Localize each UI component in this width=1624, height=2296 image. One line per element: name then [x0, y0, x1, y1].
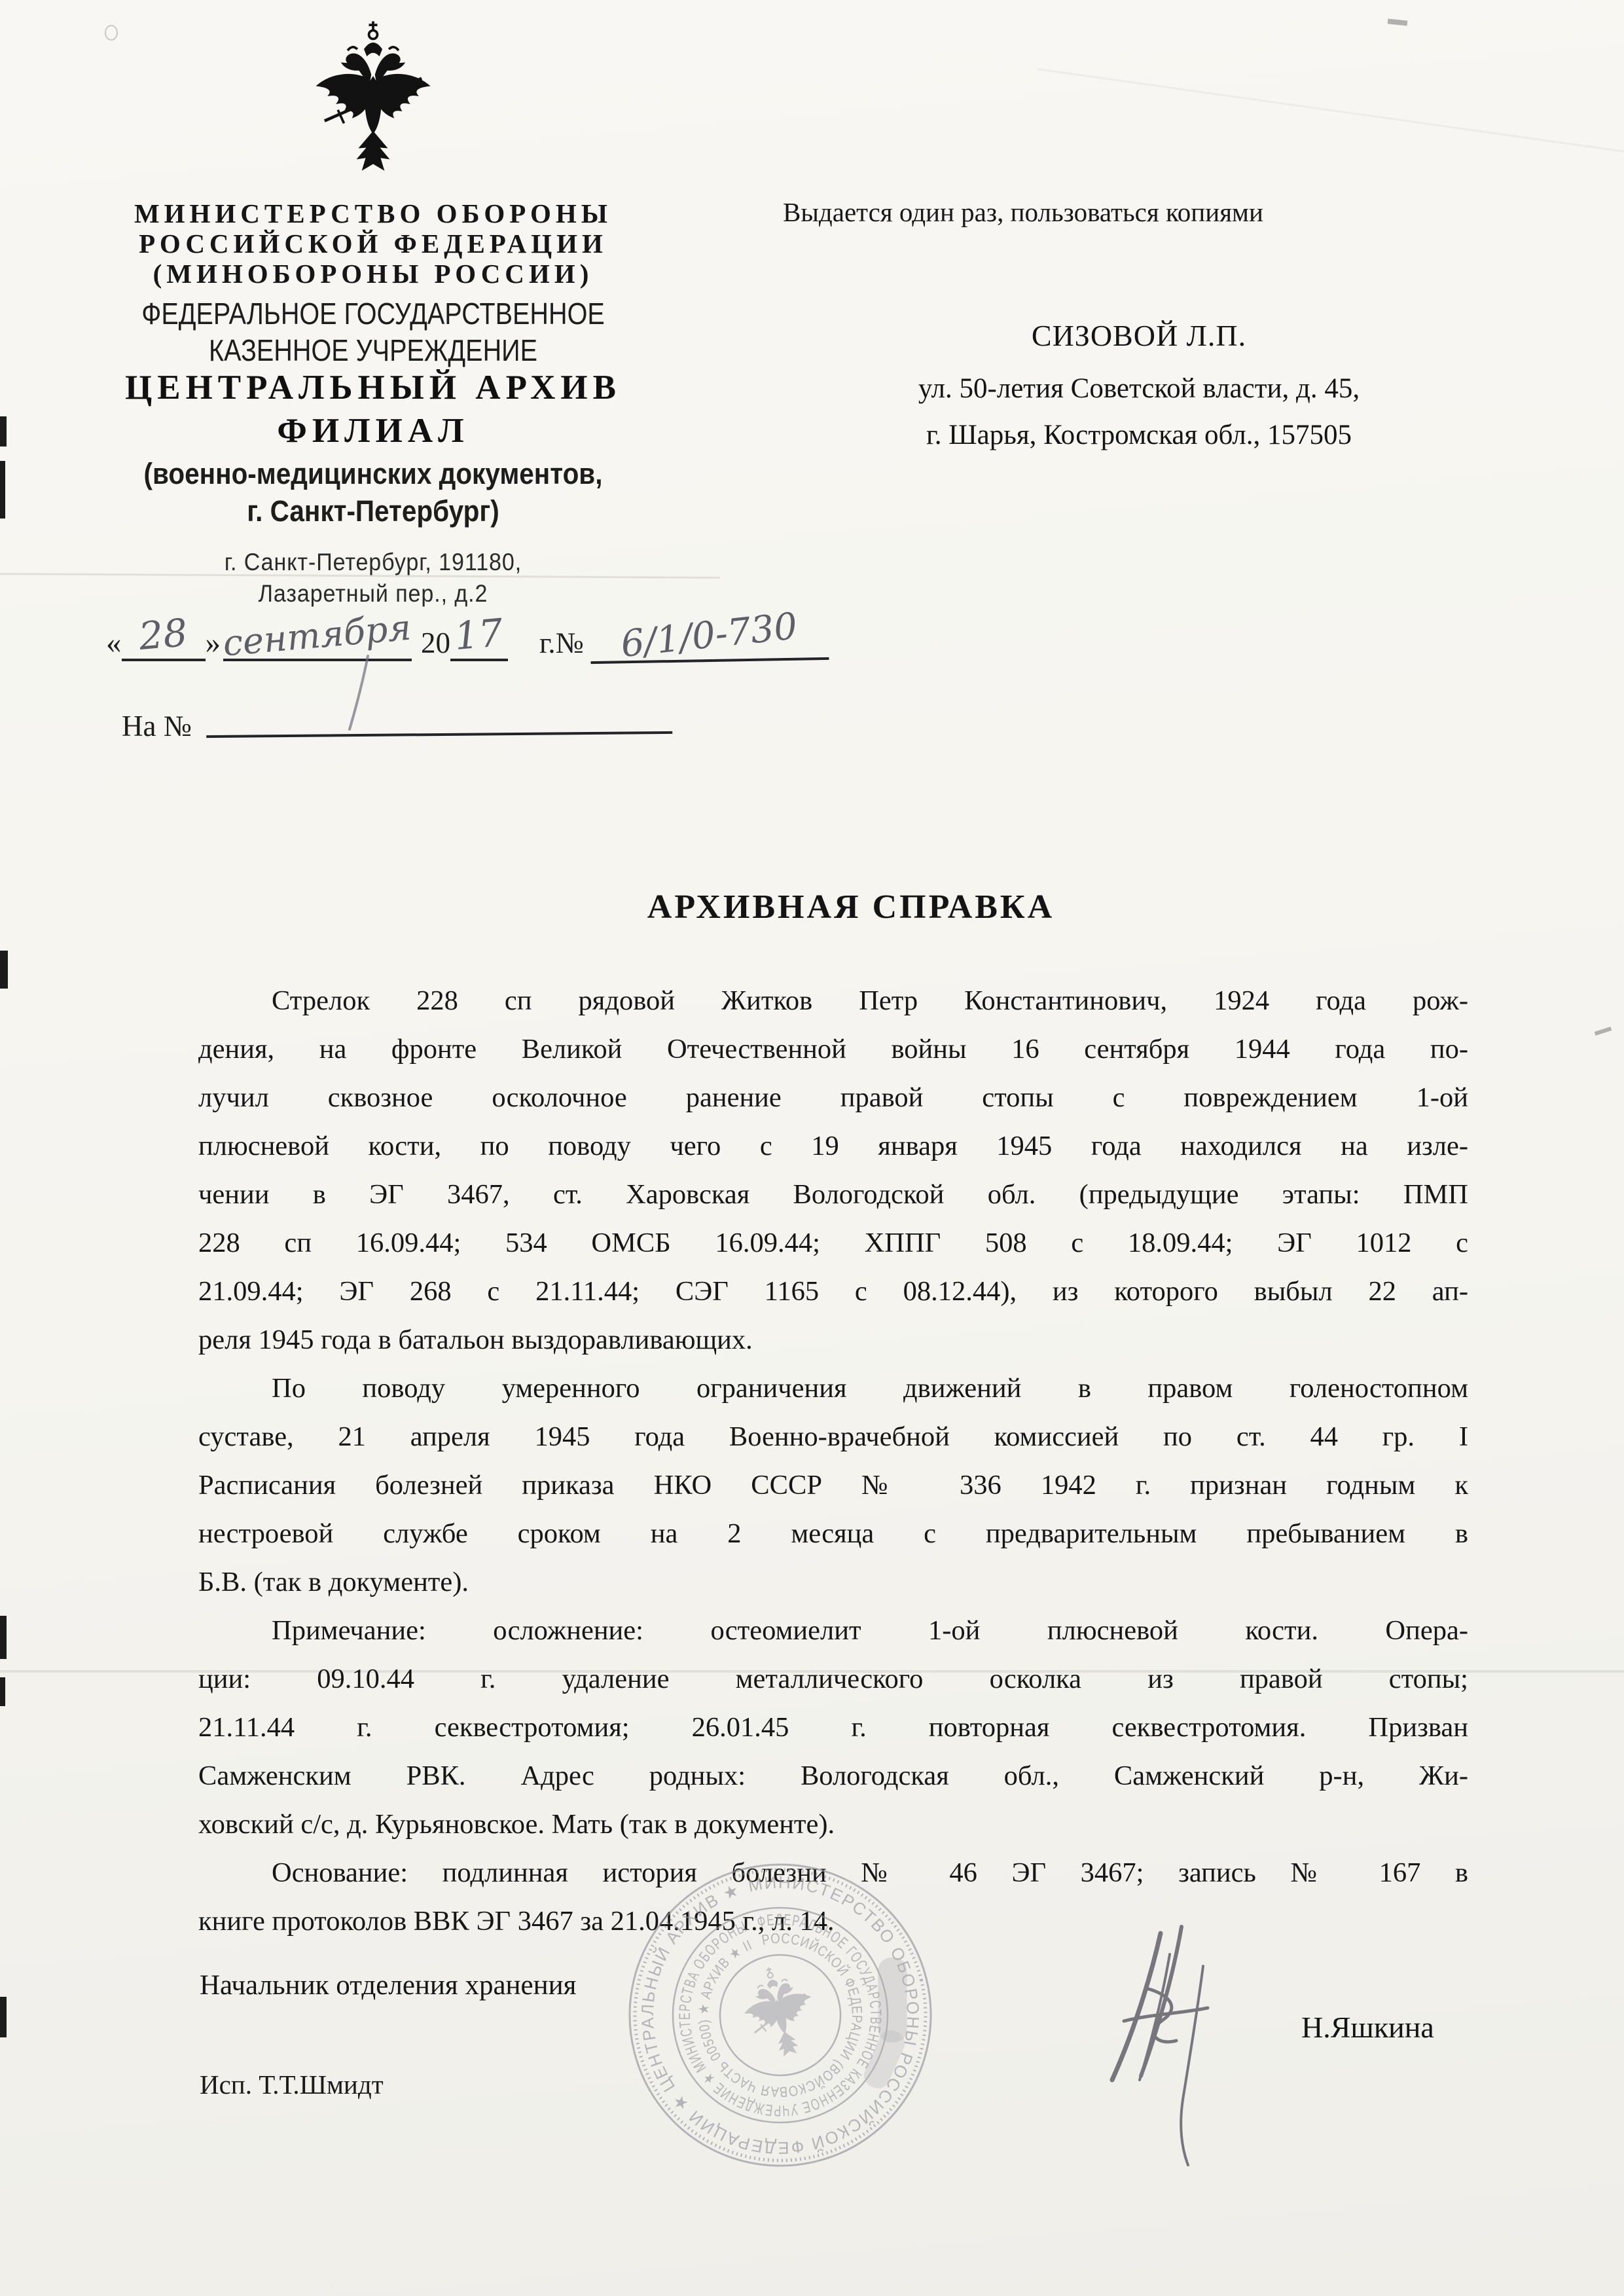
body-line: дения, на фронте Великой Отечественной в… — [198, 1025, 1468, 1074]
scan-edge-mark — [0, 416, 7, 446]
signatory-name: Н.Яшкина — [1301, 2010, 1434, 2045]
year-blank: 17 — [450, 621, 508, 661]
body-line: Б.В. (так в документе). — [198, 1558, 1468, 1607]
body-line: Примечание: осложнение: остеомиелит 1-ой… — [198, 1607, 1468, 1655]
org-name-line-2: КАЗЕННОЕ УЧРЕЖДЕНИЕ — [126, 333, 621, 368]
scan-edge-mark — [0, 1997, 7, 2037]
org-subtitle-line-2: г. Санкт-Петербург) — [114, 494, 632, 528]
handwritten-month: сентября — [221, 610, 412, 662]
org-subtitle-line-1: (военно-медицинских документов, — [114, 457, 632, 491]
body-line: Расписания болезней приказа НКО СССР № 3… — [198, 1461, 1468, 1510]
scan-edge-mark — [0, 461, 5, 519]
org-name-line-1: ФЕДЕРАЛЬНОЕ ГОСУДАРСТВЕННОЕ — [126, 296, 621, 331]
close-quote: » — [206, 625, 221, 661]
org-address-line-2: Лазаретный пер., д.2 — [108, 580, 638, 608]
recipient-block: СИЗОВОЙ Л.П. ул. 50-летия Советской влас… — [821, 318, 1456, 451]
handwritten-day: 28 — [137, 613, 189, 655]
document-body: Стрелок 228 сп рядовой Житков Петр Конст… — [198, 977, 1468, 1946]
body-line: плюсневой кости, по поводу чего с 19 янв… — [198, 1122, 1468, 1171]
issue-note: Выдается один раз, пользоваться копиями — [783, 196, 1536, 228]
scan-edge-mark — [0, 951, 8, 989]
org-name-branch: ФИЛИАЛ — [85, 411, 661, 450]
body-line: лучил сквозное осколочное ранение правой… — [198, 1074, 1468, 1122]
year-prefix: 20 — [421, 626, 450, 660]
recipient-name: СИЗОВОЙ Л.П. — [821, 318, 1456, 353]
scanned-archival-certificate: МИНИСТЕРСТВО ОБОРОНЫ РОССИЙСКОЙ ФЕДЕРАЦИ… — [0, 0, 1624, 2296]
body-line: 228 сп 16.09.44; 534 ОМСБ 16.09.44; ХППГ… — [198, 1219, 1468, 1267]
executor-name: Исп. Т.Т.Шмидт — [200, 2069, 384, 2100]
ministry-name-line-2: РОССИЙСКОЙ ФЕДЕРАЦИИ — [85, 228, 661, 259]
ref-blank-line — [206, 697, 672, 738]
body-line: Самженским РВК. Адрес родных: Вологодска… — [198, 1752, 1468, 1800]
body-line: реля 1945 года в батальон выздоравливающ… — [198, 1316, 1468, 1364]
recipient-address-line-2: г. Шарья, Костромская обл., 157505 — [821, 419, 1456, 451]
body-line: нестроевой службе сроком на 2 месяца с п… — [198, 1510, 1468, 1558]
handwritten-number: 6/1/0-730 — [619, 608, 799, 663]
ministry-eagle-emblem-icon — [306, 18, 440, 183]
reference-number-line: На № — [122, 699, 672, 743]
ref-label: На № — [122, 709, 192, 743]
handwritten-signature-icon — [1083, 1908, 1280, 2190]
ministry-name-line-3: (МИНОБОРОНЫ РОССИИ) — [85, 258, 661, 289]
body-line: 21.09.44; ЭГ 268 с 21.11.44; СЭГ 1165 с … — [198, 1267, 1468, 1316]
body-line: Стрелок 228 сп рядовой Житков Петр Конст… — [198, 977, 1468, 1025]
signatory-position: Начальник отделения хранения — [200, 1969, 576, 2001]
body-line: ховский с/с, д. Курьяновское. Мать (так … — [198, 1800, 1468, 1849]
paper-crease — [1037, 68, 1624, 156]
body-line: ции: 09.10.44 г. удаление металлического… — [198, 1655, 1468, 1704]
document-title: АРХИВНАЯ СПРАВКА — [556, 888, 1146, 926]
number-blank: 6/1/0-730 — [590, 621, 829, 664]
scan-edge-mark — [0, 1677, 5, 1706]
body-line: суставе, 21 апреля 1945 года Военно-врач… — [198, 1413, 1468, 1461]
org-name-central-archive: ЦЕНТРАЛЬНЫЙ АРХИВ — [85, 368, 661, 407]
number-label: г.№ — [539, 626, 584, 660]
ministry-name-line-1: МИНИСТЕРСТВО ОБОРОНЫ — [85, 198, 661, 229]
scan-edge-mark — [0, 1616, 7, 1659]
body-line: чении в ЭГ 3467, ст. Харовская Вологодск… — [198, 1171, 1468, 1219]
date-and-number-line: « 28 » сентября 20 17 г.№ 6/1/0-730 — [106, 621, 829, 662]
recipient-address-line-1: ул. 50-летия Советской власти, д. 45, — [821, 373, 1456, 405]
scan-tick-mark — [1388, 18, 1408, 26]
handwritten-year: 17 — [453, 613, 505, 655]
official-round-stamp-icon: МИНИСТЕРСТВО ОБОРОНЫ РОССИЙСКОЙ ФЕДЕРАЦИ… — [622, 1857, 939, 2174]
body-line: По поводу умеренного ограничения движени… — [198, 1364, 1468, 1413]
scan-smudge — [105, 25, 118, 41]
org-address-line-1: г. Санкт-Петербург, 191180, — [108, 549, 638, 576]
day-blank: 28 — [122, 621, 206, 661]
scan-tick-mark — [1595, 1027, 1612, 1036]
body-line: 21.11.44 г. секвестротомия; 26.01.45 г. … — [198, 1704, 1468, 1752]
open-quote: « — [106, 625, 122, 661]
